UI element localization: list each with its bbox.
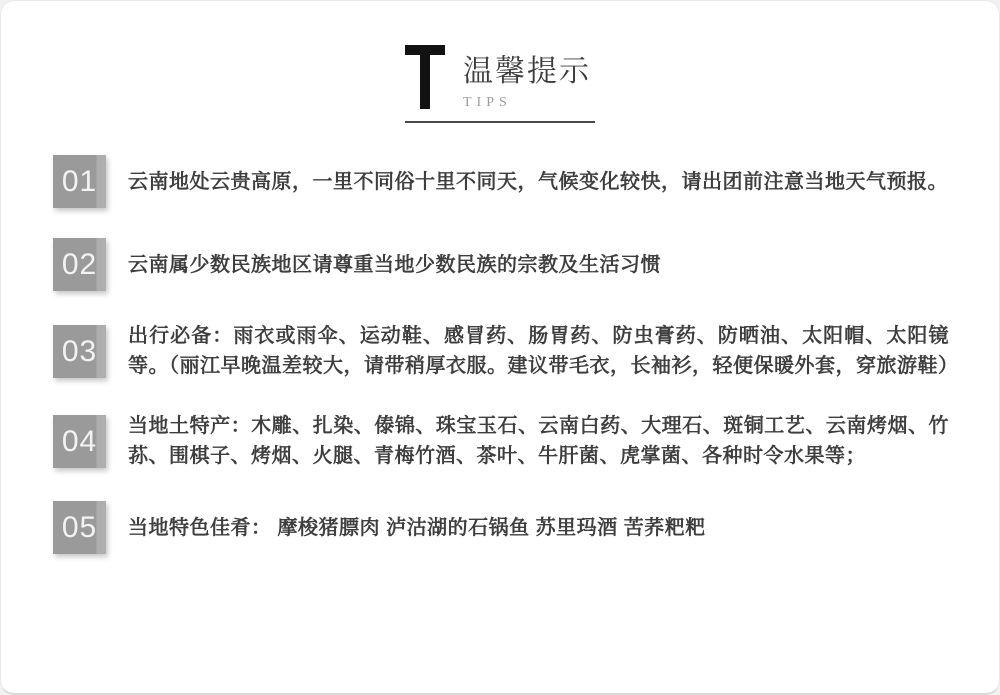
tip-row: 01 云南地处云贵高原，一里不同俗十里不同天，气候变化较快，请出团前注意当地天气… (53, 155, 949, 208)
tip-number-badge: 05 (53, 501, 106, 554)
header-row: 温馨提示 TIPS (405, 45, 595, 111)
page-subtitle: TIPS (463, 95, 591, 111)
tip-row: 02 云南属少数民族地区请尊重当地少数民族的宗教及生活习惯 (53, 238, 949, 291)
tip-number-badge: 01 (53, 155, 106, 208)
tip-number-badge: 02 (53, 238, 106, 291)
tip-text: 当地特色佳肴： 摩梭猪膘肉 泸沽湖的石锅鱼 苏里玛酒 苦荞粑粑 (128, 513, 706, 543)
tip-number-badge: 03 (53, 325, 106, 378)
tip-row: 05 当地特色佳肴： 摩梭猪膘肉 泸沽湖的石锅鱼 苏里玛酒 苦荞粑粑 (53, 501, 949, 554)
tip-row: 03 出行必备：雨衣或雨伞、运动鞋、感冒药、肠胃药、防虫膏药、防晒油、太阳帽、太… (53, 321, 949, 381)
tip-text: 云南属少数民族地区请尊重当地少数民族的宗教及生活习惯 (128, 250, 661, 280)
tip-text: 云南地处云贵高原，一里不同俗十里不同天，气候变化较快，请出团前注意当地天气预报。 (128, 167, 948, 197)
tips-page: 温馨提示 TIPS 01 云南地处云贵高原，一里不同俗十里不同天，气候变化较快，… (0, 0, 1000, 695)
tip-number-badge: 04 (53, 415, 106, 468)
page-header: 温馨提示 TIPS (405, 45, 595, 123)
tip-text: 出行必备：雨衣或雨伞、运动鞋、感冒药、肠胃药、防虫膏药、防晒油、太阳帽、太阳镜等… (128, 321, 949, 381)
page-title: 温馨提示 (463, 55, 591, 89)
t-letter-mark-icon (405, 45, 445, 109)
header-text-block: 温馨提示 TIPS (463, 45, 591, 111)
t-mark-stem (420, 45, 430, 109)
tip-row: 04 当地土特产：木雕、扎染、傣锦、珠宝玉石、云南白药、大理石、斑铜工艺、云南烤… (53, 411, 949, 471)
tip-text: 当地土特产：木雕、扎染、傣锦、珠宝玉石、云南白药、大理石、斑铜工艺、云南烤烟、竹… (128, 411, 949, 471)
tips-list: 01 云南地处云贵高原，一里不同俗十里不同天，气候变化较快，请出团前注意当地天气… (53, 155, 949, 554)
